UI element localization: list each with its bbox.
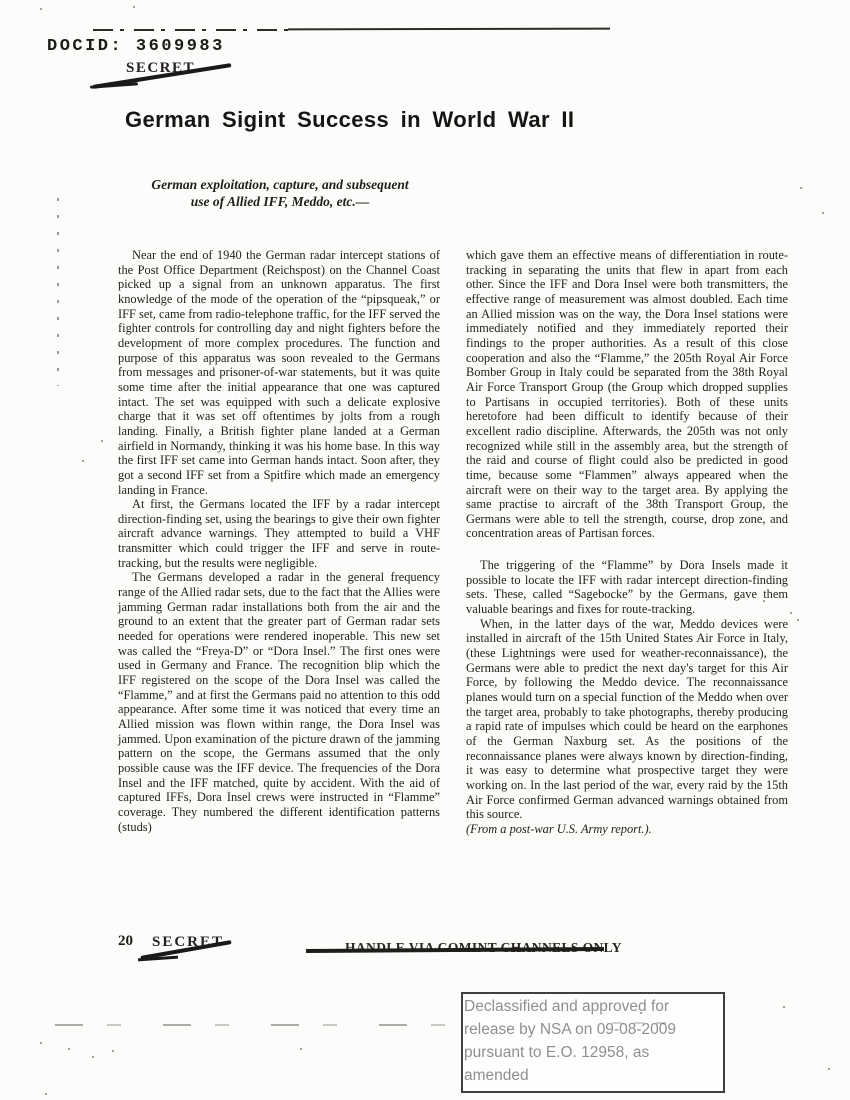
scan-speck — [133, 6, 135, 8]
top-scan-line-solid — [288, 28, 610, 31]
scan-speck — [828, 1068, 830, 1070]
page-title: German Sigint Success in World War II — [125, 107, 574, 133]
scan-speck — [640, 1012, 642, 1014]
page-number: 20 — [118, 933, 133, 950]
scan-speck — [822, 212, 824, 214]
scan-speck — [40, 1042, 42, 1044]
scan-speck — [790, 612, 792, 614]
subtitle-line-1: German exploitation, capture, and subseq… — [112, 176, 448, 193]
source-attribution: (From a post-war U.S. Army report.). — [466, 822, 788, 837]
scan-speck — [92, 1056, 94, 1058]
stamp-line-4: amended — [464, 1064, 720, 1087]
scanned-document-page: { "header": { "docid_label": "DOCID:", "… — [0, 0, 850, 1100]
stamp-line-1: Declassified and approved for — [464, 995, 720, 1018]
paragraph: At first, the Germans located the IFF by… — [118, 497, 440, 570]
scan-speck — [40, 8, 42, 10]
scan-artifact-dotted-column — [57, 198, 59, 386]
scan-speck — [101, 440, 103, 442]
stamp-line-3: pursuant to E.O. 12958, as — [464, 1041, 720, 1064]
paragraph: which gave them an effective means of di… — [466, 248, 788, 541]
scan-artifact-faint-line — [55, 1024, 460, 1026]
article-subtitle: German exploitation, capture, and subseq… — [112, 176, 448, 210]
scan-speck — [797, 619, 799, 621]
scan-speck — [112, 1050, 114, 1052]
scan-speck — [300, 1048, 302, 1050]
scan-speck — [763, 600, 765, 602]
paragraph: The triggering of the “Flamme” by Dora I… — [466, 558, 788, 617]
scan-speck — [82, 460, 84, 462]
paragraph: The Germans developed a radar in the gen… — [118, 570, 440, 834]
subtitle-line-2: use of Allied IFF, Meddo, etc.— — [112, 193, 448, 210]
declassification-stamp: Declassified and approved for release by… — [461, 992, 725, 1093]
article-body: Near the end of 1940 the German radar in… — [118, 248, 788, 837]
stamp-line-2: release by NSA on 09-08-2009 — [464, 1018, 720, 1041]
left-column: Near the end of 1940 the German radar in… — [118, 248, 440, 837]
docid-number: 3609983 — [136, 37, 225, 56]
scan-artifact-faint-line — [612, 1022, 672, 1024]
right-column: which gave them an effective means of di… — [466, 248, 788, 837]
paragraph: Near the end of 1940 the German radar in… — [118, 248, 440, 497]
top-scan-line-dashed — [93, 29, 291, 31]
scan-speck — [800, 187, 802, 189]
docid-header: DOCID: 3609983 — [47, 37, 225, 56]
scan-speck — [783, 1006, 785, 1008]
scan-speck — [68, 1048, 70, 1050]
paragraph: When, in the latter days of the war, Med… — [466, 617, 788, 822]
docid-label: DOCID: — [47, 37, 123, 56]
scan-speck — [45, 1093, 47, 1095]
